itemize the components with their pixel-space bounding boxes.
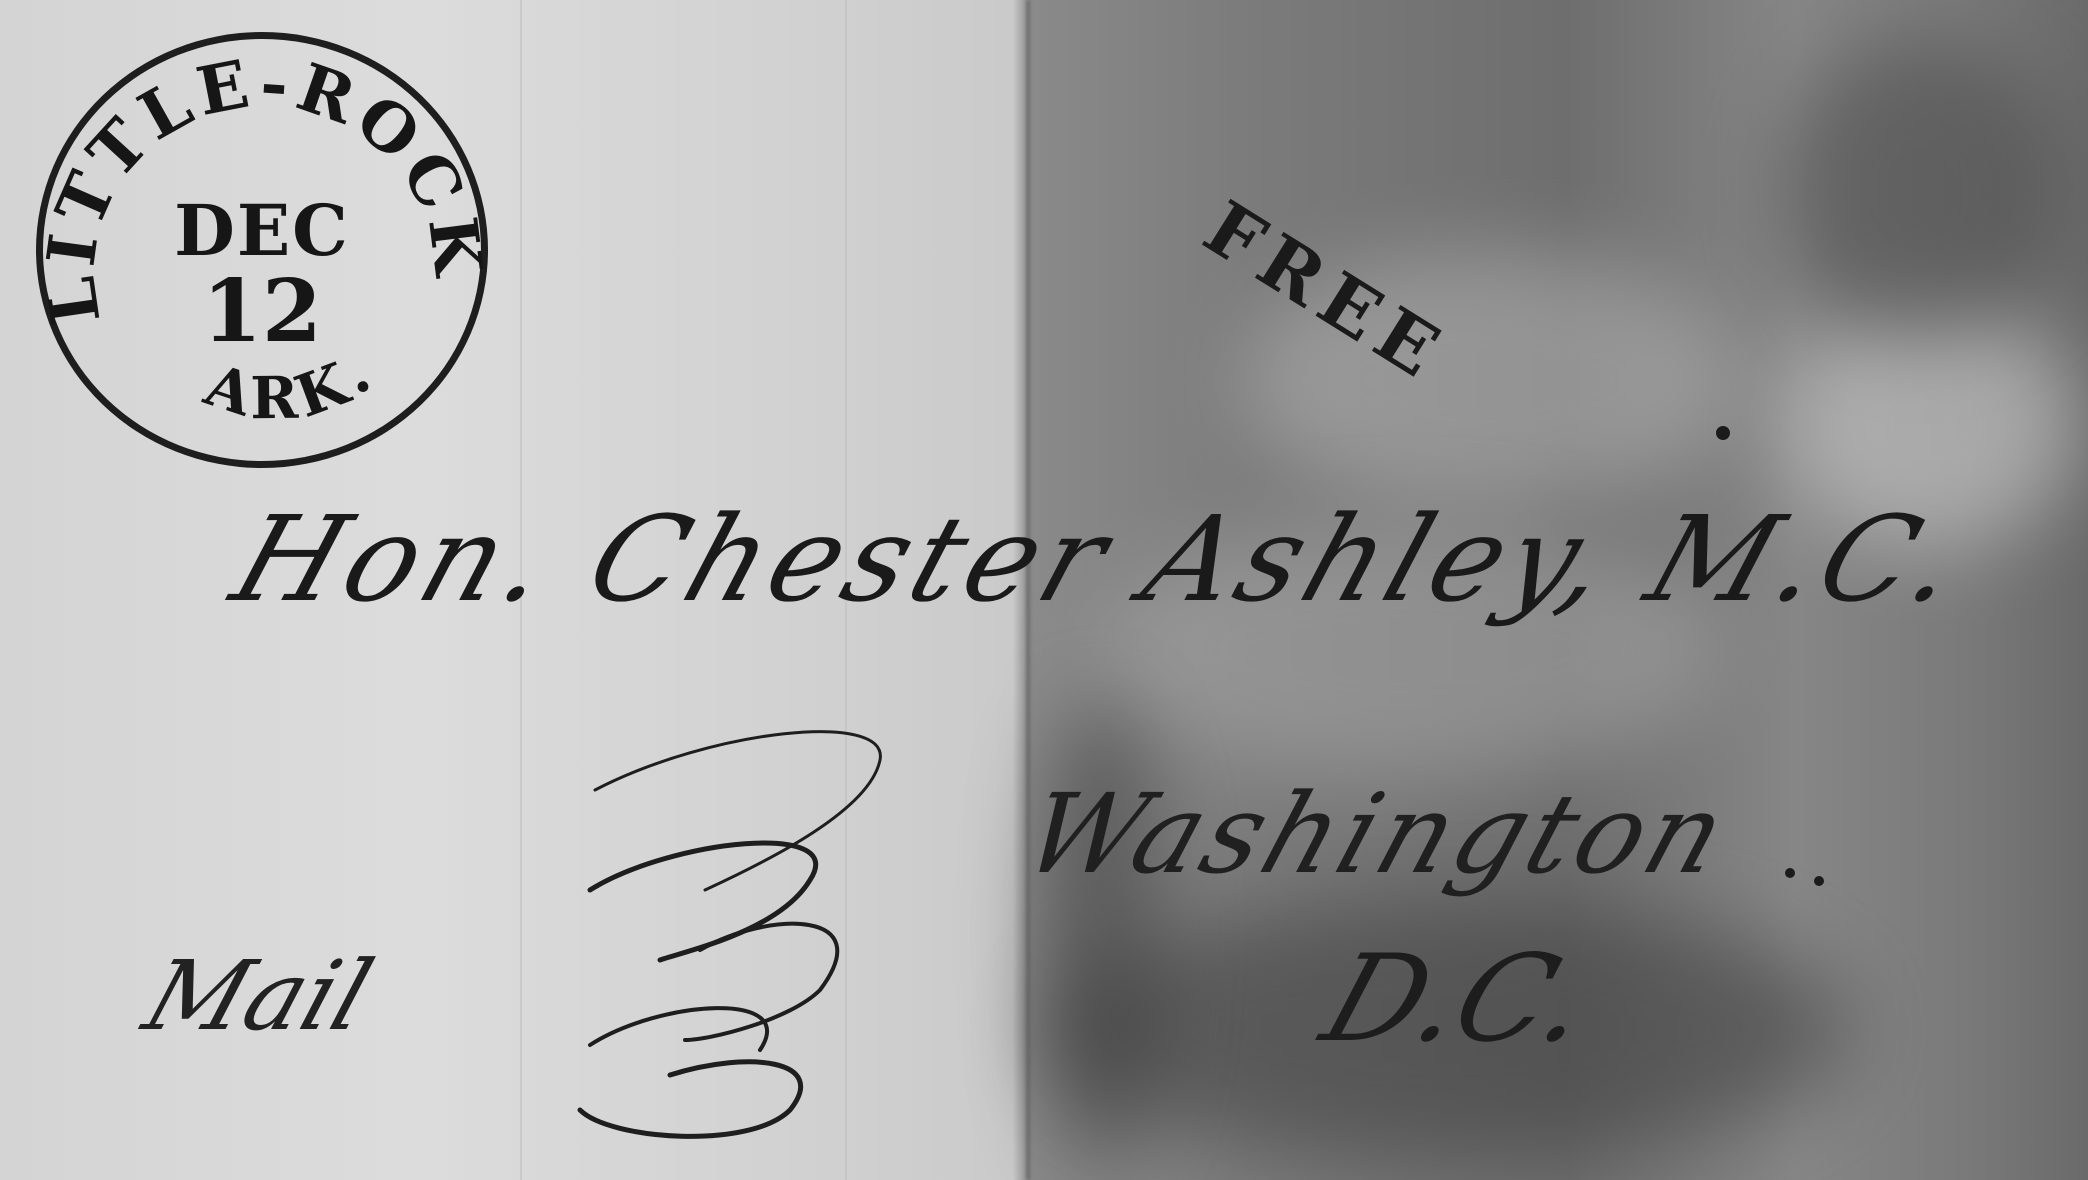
- postmark: LITTLE-ROCK ARK. DEC 12: [36, 32, 488, 468]
- ink-dot: [1716, 426, 1730, 440]
- address-name: Hon. Chester Ashley, M.C.: [218, 490, 1983, 628]
- envelope-cover: LITTLE-ROCK ARK. DEC 12 FREE Hon. Cheste…: [0, 0, 2088, 1180]
- postmark-month: DEC: [43, 189, 481, 272]
- address-city: Washington: [1009, 770, 1745, 898]
- ink-dot: [1785, 868, 1795, 878]
- ink-dot: [1814, 876, 1824, 886]
- handwritten-flourish: [550, 720, 930, 1140]
- address-state: D.C.: [1307, 930, 1608, 1069]
- dark-stain: [1780, 40, 2060, 340]
- route-note: Mail: [132, 940, 385, 1052]
- postmark-day: 12: [43, 261, 481, 362]
